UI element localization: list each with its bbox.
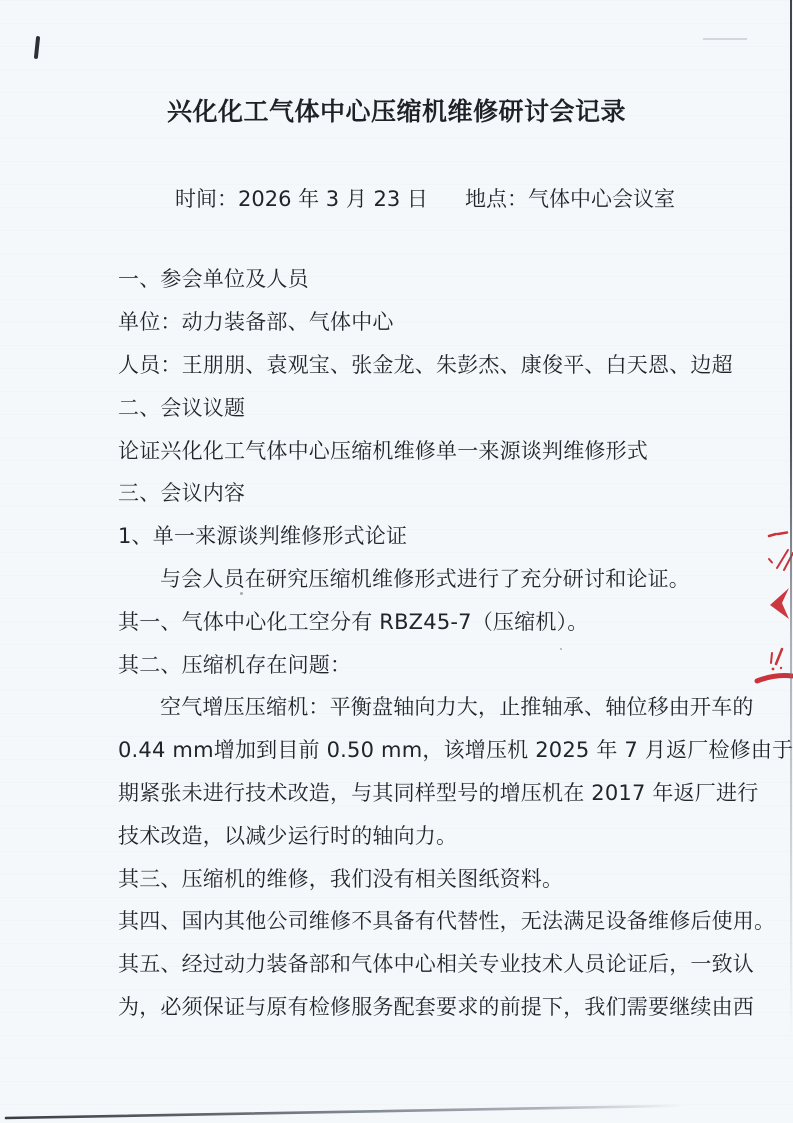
body-line: 为，必须保证与原有检修服务配套要求的前提下，我们需要继续由西 [118,985,773,1028]
body-line-text: 0.44 mm增加到目前 0.50 mm，该增压机 2025 年 7 月返厂检修… [118,734,793,764]
body-line: 其四、国内其他公司维修不具备有代替性，无法满足设备维修后使用。 [118,899,773,942]
document-title: 兴化化工气体中心压缩机维修研讨会记录 [0,92,793,128]
scan-edge-right [790,0,792,1062]
body-line: 期紧张未进行技术改造，与其同样型号的增压机在 2017 年返厂进行 [118,771,773,814]
body-line: 论证兴化化工气体中心压缩机维修单一来源谈判维修形式 [118,428,773,471]
body-line: 三、会议内容 [118,471,773,514]
document-body: 一、参会单位及人员 单位：动力装备部、气体中心 人员：王朋朋、袁观宝、张金龙、朱… [118,257,773,1027]
body-line: 1、单一来源谈判维修形式论证 [118,514,773,557]
body-line: 0.44 mm增加到目前 0.50 mm，该增压机 2025 年 7 月返厂检修… [118,728,773,771]
scan-noise-dot [240,592,243,595]
body-line: 一、参会单位及人员 [118,257,773,300]
body-line-text: 单位：动力装备部、气体中心 [118,306,394,336]
body-line: 二、会议议题 [118,385,773,428]
body-line-text: 人员：王朋朋、袁观宝、张金龙、朱彭杰、康俊平、白天恩、边超 [118,349,733,379]
body-line-text: 其四、国内其他公司维修不具备有代替性，无法满足设备维修后使用。 [118,905,775,935]
scan-noise-dot [560,648,562,650]
body-line-text: 二、会议议题 [118,392,245,422]
body-line: 单位：动力装备部、气体中心 [118,300,773,343]
body-line-text: 三、会议内容 [118,477,245,507]
body-line: 其一、气体中心化工空分有 RBZ45-7（压缩机）。 [118,599,773,642]
meeting-location: 地点：气体中心会议室 [465,183,675,213]
meeting-time: 时间：2026 年 3 月 23 日 [175,183,428,213]
body-line: 其二、压缩机存在问题： [118,642,773,685]
body-line: 其五、经过动力装备部和气体中心相关专业技术人员论证后，一致认 [118,942,773,985]
body-line: 空气增压压缩机：平衡盘轴向力大，止推轴承、轴位移由开车的 [118,685,773,728]
body-line-text: 论证兴化化工气体中心压缩机维修单一来源谈判维修形式 [118,435,648,465]
body-line: 与会人员在研究压缩机维修形式进行了充分研讨和论证。 [118,557,773,600]
scanned-document-page: 兴化化工气体中心压缩机维修研讨会记录 时间：2026 年 3 月 23 日 地点… [0,0,793,1123]
pen-tick-mark-icon [34,36,40,59]
body-line-text: 其五、经过动力装备部和气体中心相关专业技术人员论证后，一致认 [118,948,754,978]
body-line-text: 空气增压压缩机：平衡盘轴向力大，止推轴承、轴位移由开车的 [160,691,754,721]
scan-edge-bottom [0,1100,793,1123]
body-line-text: 一、参会单位及人员 [118,263,309,293]
body-line-text: 技术改造，以减少运行时的轴向力。 [118,820,457,850]
red-seal-stamp-icon [745,520,793,690]
body-line-text: 与会人员在研究压缩机维修形式进行了充分研讨和论证。 [160,563,690,593]
body-line-text: 其二、压缩机存在问题： [118,649,351,679]
scan-artifact-dash [703,38,747,40]
body-line: 人员：王朋朋、袁观宝、张金龙、朱彭杰、康俊平、白天恩、边超 [118,343,773,386]
body-line-text: 1、单一来源谈判维修形式论证 [118,520,407,550]
body-line: 技术改造，以减少运行时的轴向力。 [118,813,773,856]
body-line-text: 其一、气体中心化工空分有 RBZ45-7（压缩机）。 [118,606,588,636]
body-line-text: 期紧张未进行技术改造，与其同样型号的增压机在 2017 年返厂进行 [118,777,758,807]
body-line-text: 其三、压缩机的维修，我们没有相关图纸资料。 [118,863,563,893]
body-line: 其三、压缩机的维修，我们没有相关图纸资料。 [118,856,773,899]
scan-noise-dot [420,840,422,842]
body-line-text: 为，必须保证与原有检修服务配套要求的前提下，我们需要继续由西 [118,991,754,1021]
